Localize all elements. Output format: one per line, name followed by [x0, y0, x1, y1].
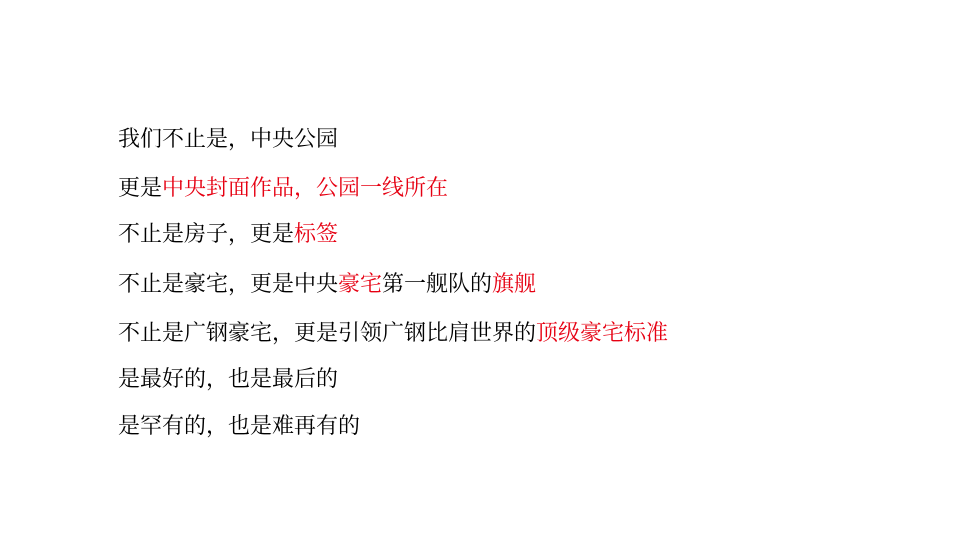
text-segment: 不止是房子，更是 [118, 222, 294, 247]
text-segment: 不止是广钢豪宅，更是引领广钢比肩世界的 [118, 321, 536, 346]
slide: 我们不止是，中央公园 更是中央封面作品，公园一线所在 不止是房子，更是标签 不止… [0, 0, 960, 540]
text-segment: 我们不止是，中央公园 [118, 127, 338, 152]
highlighted-text-segment: 豪宅 [338, 272, 382, 297]
highlighted-text-segment: 旗舰 [492, 272, 536, 297]
text-line-6: 是最好的，也是最后的 [118, 366, 338, 394]
text-segment: 更是 [118, 176, 162, 201]
text-segment: 第一舰队的 [382, 272, 492, 297]
text-segment: 是最好的，也是最后的 [118, 367, 338, 392]
text-line-2: 更是中央封面作品，公园一线所在 [118, 175, 448, 203]
highlighted-text-segment: 中央封面作品，公园一线所在 [162, 176, 448, 201]
text-line-1: 我们不止是，中央公园 [118, 126, 338, 154]
text-line-7: 是罕有的，也是难再有的 [118, 413, 360, 441]
text-line-3: 不止是房子，更是标签 [118, 221, 338, 249]
highlighted-text-segment: 顶级豪宅标准 [536, 321, 668, 346]
text-line-5: 不止是广钢豪宅，更是引领广钢比肩世界的顶级豪宅标准 [118, 320, 668, 348]
text-segment: 不止是豪宅，更是中央 [118, 272, 338, 297]
highlighted-text-segment: 标签 [294, 222, 338, 247]
text-line-4: 不止是豪宅，更是中央豪宅第一舰队的旗舰 [118, 271, 536, 299]
text-segment: 是罕有的，也是难再有的 [118, 414, 360, 439]
